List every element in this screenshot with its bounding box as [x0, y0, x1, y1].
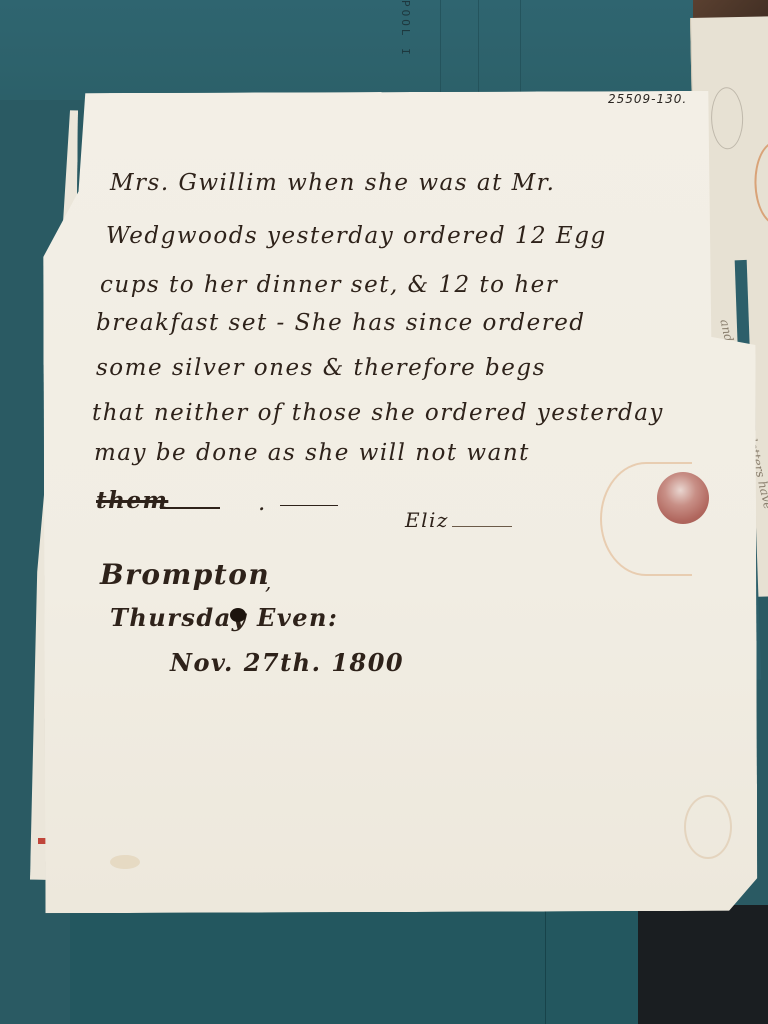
signature-flourish [452, 526, 512, 527]
dark-surface [638, 905, 768, 1024]
letter-line-6: that neither of those she ordered yester… [92, 400, 664, 426]
folder-bottom [70, 900, 640, 1024]
underline-stroke [160, 507, 220, 509]
letter-line-2: Wedgwoods yesterday ordered 12 Egg [106, 223, 607, 249]
comma-mark: , [265, 570, 273, 594]
folder-label: POOL I [398, 0, 412, 90]
date-line: Nov. 27th. 1800 [170, 648, 404, 677]
fold-line [545, 900, 546, 1024]
place-line: Brompton [100, 558, 270, 591]
fold-line [520, 0, 521, 95]
day-line: Thursday Even: [110, 603, 338, 632]
red-postmark [754, 141, 768, 226]
wax-seal [657, 472, 709, 524]
ink-blot [230, 608, 246, 622]
paper-stain [110, 855, 140, 869]
folder-top [0, 0, 700, 100]
archive-number: 25509-130. [608, 92, 687, 106]
water-stain [684, 795, 732, 859]
red-mark [38, 838, 46, 844]
letter-line-1: Mrs. Gwillim when she was at Mr. [110, 170, 555, 196]
letter-line-4: breakfast set - She has since ordered [96, 310, 586, 336]
signature: Eliz [405, 508, 449, 532]
fold-line [478, 0, 479, 95]
letter-line-3: cups to her dinner set, & 12 to her [100, 272, 558, 298]
postmark-stamp [710, 87, 743, 150]
period-mark: . [258, 490, 267, 516]
struck-word: them [96, 487, 168, 514]
fold-line [440, 0, 441, 95]
letter-line-7: may be done as she will not want [94, 440, 530, 466]
dash-stroke [280, 505, 338, 506]
letter-line-5: some silver ones & therefore begs [96, 355, 546, 381]
